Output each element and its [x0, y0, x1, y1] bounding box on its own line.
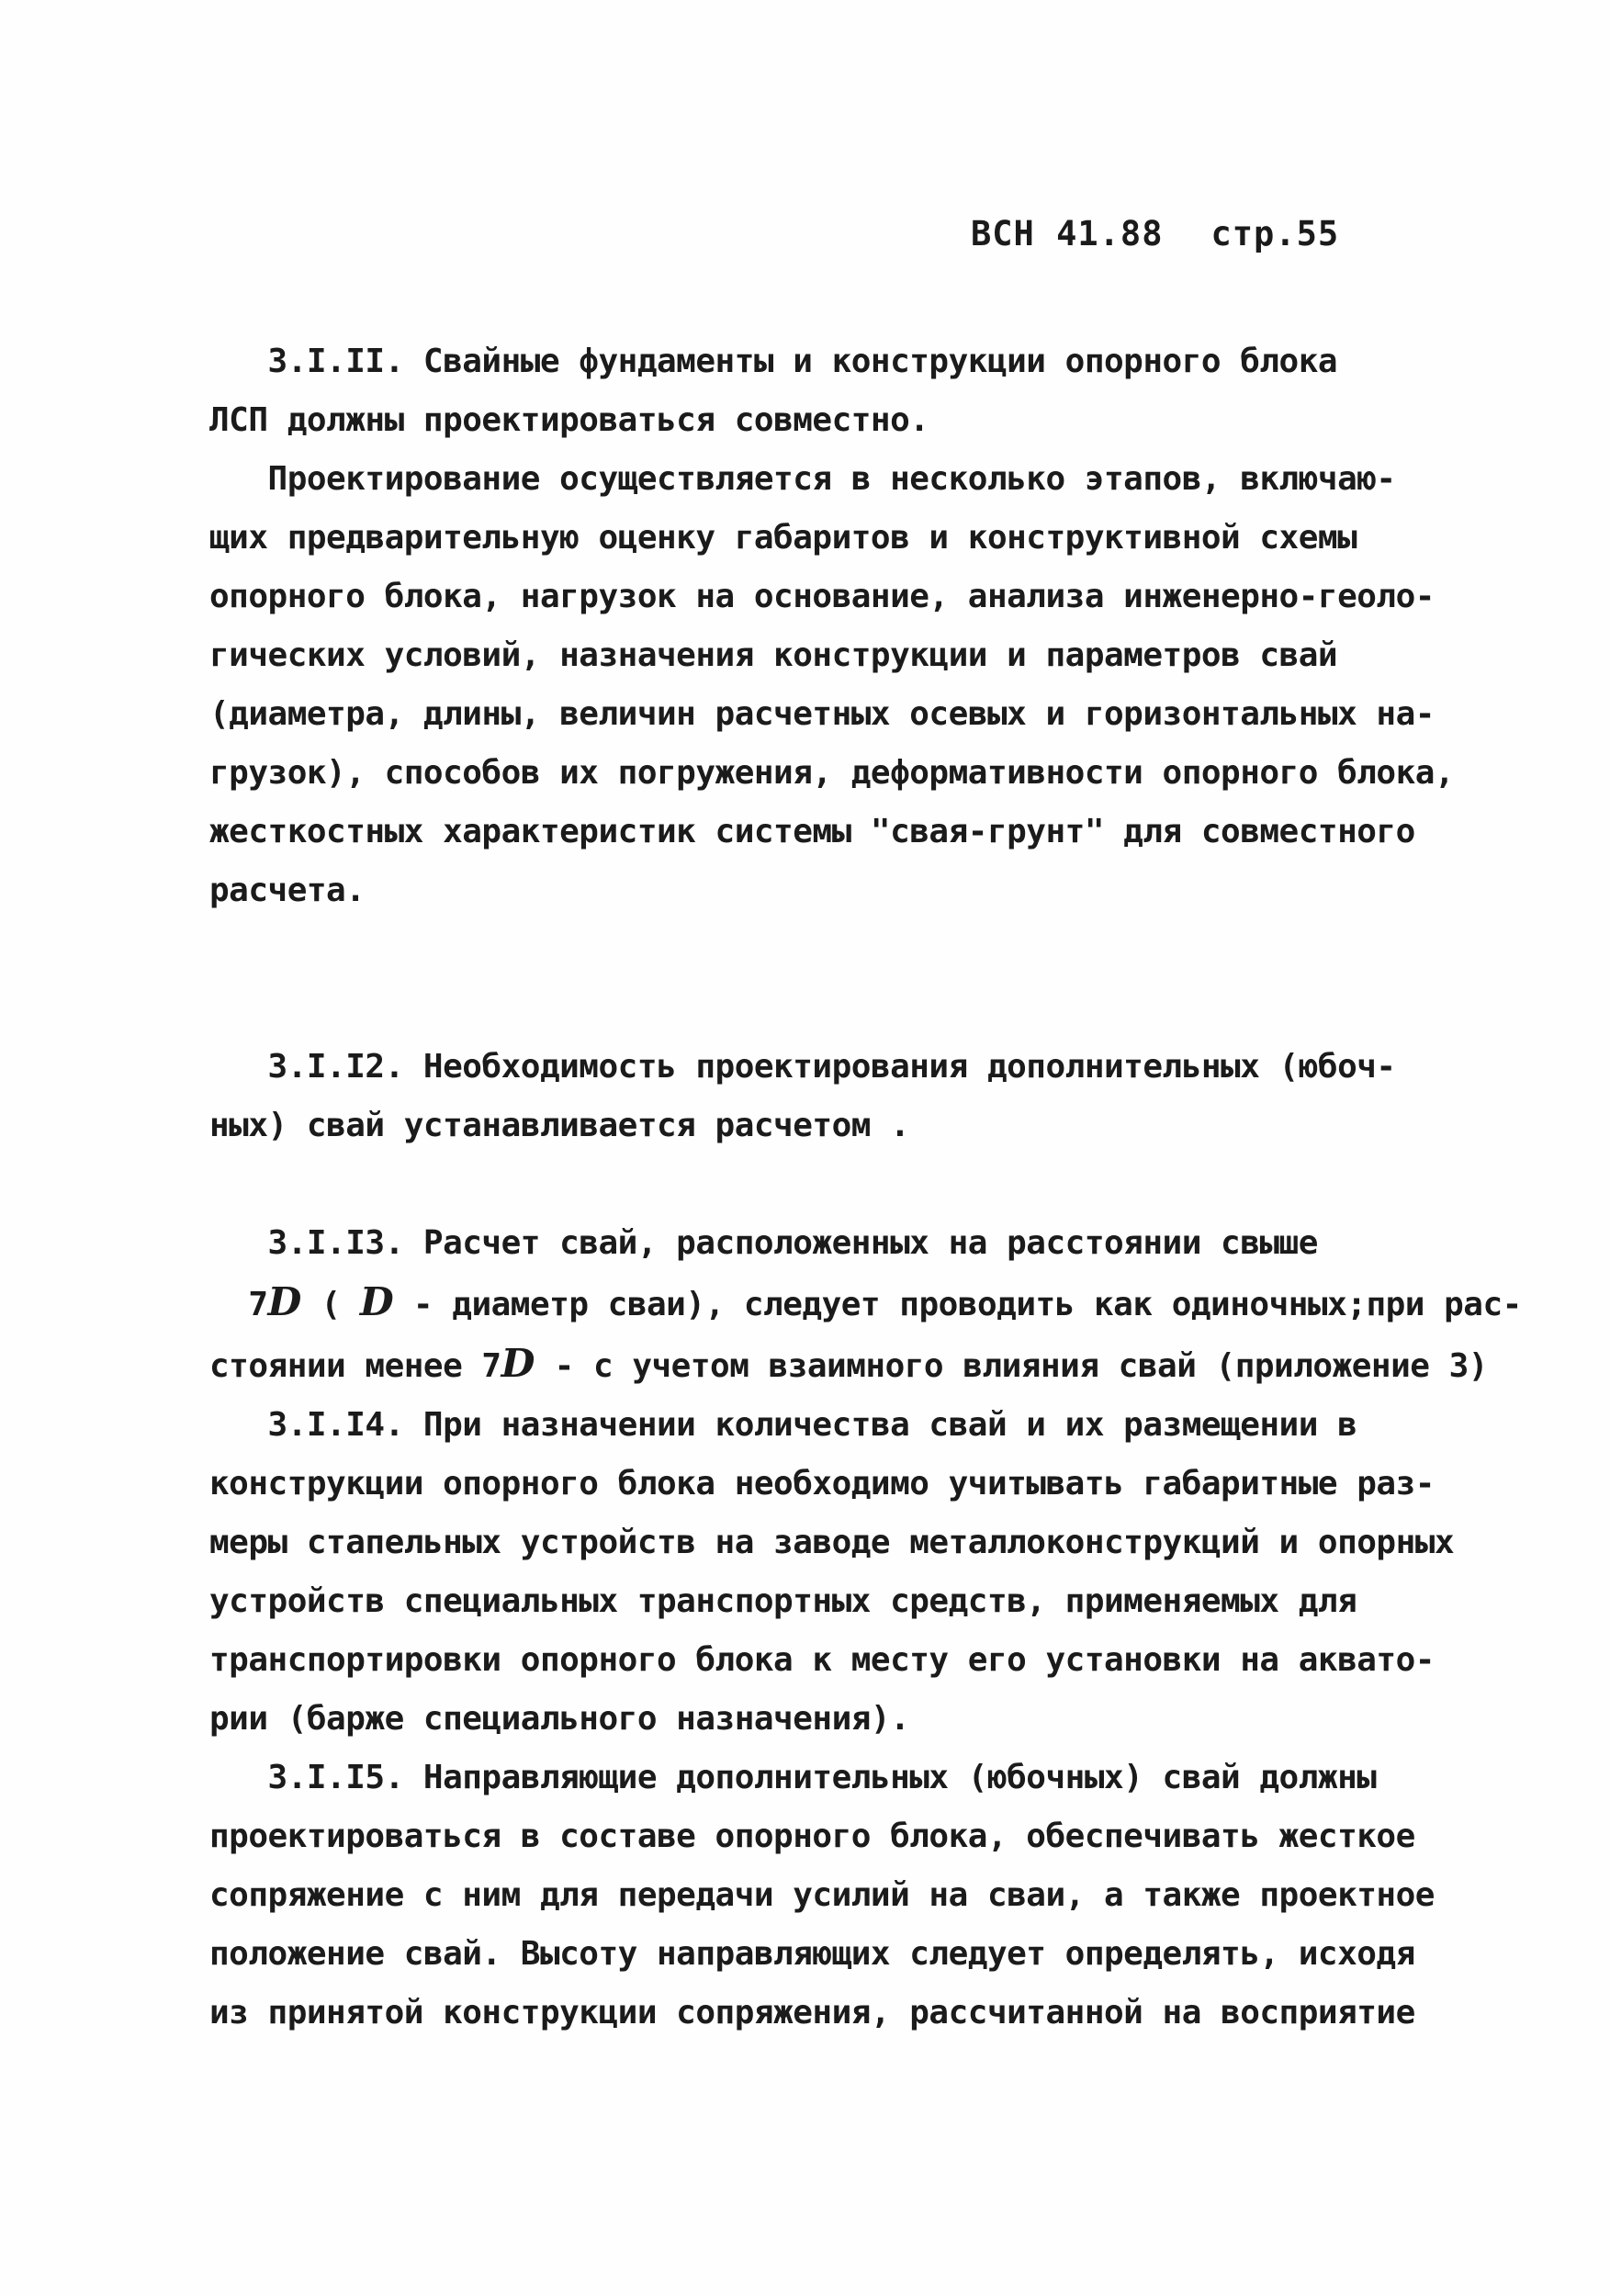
- document-number: ВСН 41.88: [971, 214, 1163, 253]
- paragraph: Проектирование осуществляется в нескольк…: [209, 450, 1449, 1038]
- text-line: сопряжение с ним для передачи усилий на …: [209, 1866, 1449, 1925]
- text-line: 3.I.II. Свайные фундаменты и конструкции…: [209, 332, 1449, 391]
- text-line: щих предварительную оценку габаритов и к…: [209, 509, 1449, 568]
- text-line: [209, 979, 1449, 1038]
- document-body: 3.I.II. Свайные фундаменты и конструкции…: [209, 332, 1449, 2043]
- page-number-label: стр.55: [1210, 214, 1339, 253]
- text-line: 3.I.I5. Направляющие дополнительных (юбо…: [209, 1749, 1449, 1807]
- text-line: 3.I.I4. При назначении количества свай и…: [209, 1396, 1449, 1455]
- text-line: транспортировки опорного блока к месту е…: [209, 1631, 1449, 1690]
- paragraph: 3.I.I4. При назначении количества свай и…: [209, 1396, 1449, 1749]
- paragraph: 3.I.II. Свайные фундаменты и конструкции…: [209, 332, 1449, 450]
- text-line: проектироваться в составе опорного блока…: [209, 1807, 1449, 1866]
- text-line: [209, 1155, 1449, 1214]
- text-line: Проектирование осуществляется в нескольк…: [209, 450, 1449, 509]
- text-line: устройств специальных транспортных средс…: [209, 1572, 1449, 1631]
- paragraph: 3.I.I3. Расчет свай, расположенных на ра…: [209, 1214, 1449, 1396]
- diameter-symbol: D: [501, 1341, 535, 1387]
- diameter-symbol: D: [268, 1279, 302, 1325]
- text-line: рии (барже специального назначения).: [209, 1690, 1449, 1749]
- text-line: положение свай. Высоту направляющих след…: [209, 1925, 1449, 1984]
- text-line: гических условий, назначения конструкции…: [209, 626, 1449, 685]
- text-line: (диаметра, длины, величин расчетных осев…: [209, 685, 1449, 744]
- text-line: 3.I.I2. Необходимость проектирования доп…: [209, 1038, 1449, 1097]
- page-header: ВСН 41.88 стр.55: [971, 214, 1339, 253]
- text-line: конструкции опорного блока необходимо уч…: [209, 1455, 1449, 1514]
- text-line: стоянии менее 7D - с учетом взаимного вл…: [209, 1334, 1449, 1396]
- text-line: из принятой конструкции сопряжения, расс…: [209, 1984, 1449, 2043]
- text-line: ЛСП должны проектироваться совместно.: [209, 391, 1449, 450]
- text-line: расчета.: [209, 861, 1449, 920]
- text-line: [209, 920, 1449, 979]
- paragraph: 3.I.I2. Необходимость проектирования доп…: [209, 1038, 1449, 1214]
- text-line: жесткостных характеристик системы "свая-…: [209, 803, 1449, 861]
- text-line: 7D ( D - диаметр сваи), следует проводит…: [209, 1273, 1449, 1334]
- paragraph: 3.I.I5. Направляющие дополнительных (юбо…: [209, 1749, 1449, 2043]
- text-line: меры стапельных устройств на заводе мета…: [209, 1514, 1449, 1572]
- text-line: ных) свай устанавливается расчетом .: [209, 1097, 1449, 1155]
- text-line: опорного блока, нагрузок на основание, а…: [209, 568, 1449, 626]
- scanned-document-page: ВСН 41.88 стр.55 3.I.II. Свайные фундаме…: [0, 0, 1610, 2296]
- text-line: грузок), способов их погружения, деформа…: [209, 744, 1449, 803]
- text-line: 3.I.I3. Расчет свай, расположенных на ра…: [209, 1214, 1449, 1273]
- diameter-symbol: D: [360, 1279, 394, 1325]
